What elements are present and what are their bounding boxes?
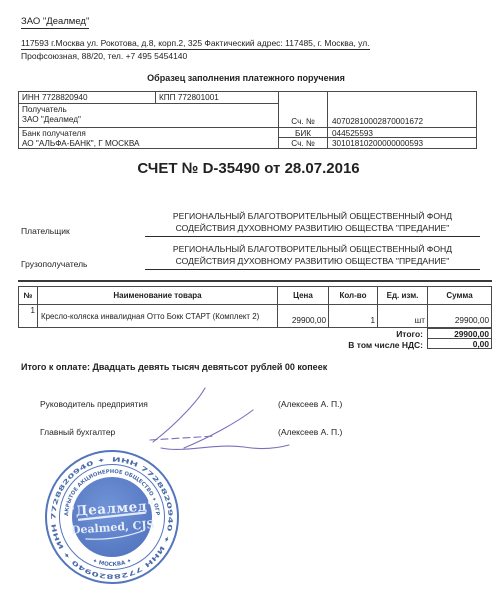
company-stamp-icon: ИНН 7728820940 ✦ ИНН 7728820940 ✦ ИНН 77…	[38, 444, 186, 592]
payment-sample-title: Образец заполнения платежного поручения	[0, 73, 492, 83]
col-header-num: №	[19, 287, 38, 305]
director-label: Руководитель предприятия	[40, 399, 148, 409]
company-address-line2: Профсоюзная, 88/20, тел. +7 495 5454140	[21, 51, 187, 61]
col-header-sum: Сумма	[428, 287, 491, 305]
account1-label-cell: Сч. №	[279, 92, 328, 128]
vat-label: В том числе НДС:	[250, 340, 423, 350]
account2-value-cell: 30101810200000000593	[328, 138, 476, 148]
recipient-name: ЗАО "Деалмед"	[22, 115, 278, 125]
item-row-name: Кресло-коляска инвалидная Отто Бокк СТАР…	[38, 305, 278, 327]
accountant-name: (Алексеев А. П.)	[278, 427, 342, 437]
item-row-num: 1	[19, 305, 38, 327]
recipient-cell: Получатель ЗАО "Деалмед"	[19, 104, 279, 128]
bank-details-table: ИНН 7728820940 КПП 772801001 Получатель …	[18, 91, 477, 149]
items-table: № Наименование товара Цена Кол-во Ед. из…	[18, 286, 492, 328]
bank-name: АО "АЛЬФА-БАНК", Г МОСКВА	[22, 139, 278, 148]
payer-value: РЕГИОНАЛЬНЫЙ БЛАГОТВОРИТЕЛЬНЫЙ ОБЩЕСТВЕН…	[145, 211, 480, 237]
invoice-title: СЧЕТ № D-35490 от 28.07.2016	[0, 160, 497, 177]
col-header-price: Цена	[278, 287, 329, 305]
account1-value-cell: 40702810002870001672	[328, 92, 476, 128]
consignee-line1: РЕГИОНАЛЬНЫЙ БЛАГОТВОРИТЕЛЬНЫЙ ОБЩЕСТВЕН…	[145, 244, 480, 256]
item-row-qty: 1	[329, 305, 378, 327]
consignee-value: РЕГИОНАЛЬНЫЙ БЛАГОТВОРИТЕЛЬНЫЙ ОБЩЕСТВЕН…	[145, 244, 480, 270]
stamp-middle-ring-bottom-text: ✦ МОСКВА ✦	[91, 557, 133, 568]
kpp-cell: КПП 772801001	[156, 92, 279, 104]
bik-label-cell: БИК	[279, 128, 328, 138]
company-name: ЗАО "Деалмед"	[21, 16, 89, 29]
inn-cell: ИНН 7728820940	[19, 92, 156, 104]
accountant-label: Главный бухгалтер	[40, 427, 115, 437]
item-row-sum: 29900,00	[428, 305, 491, 327]
consignee-label: Грузополучатель	[21, 259, 88, 269]
col-header-unit: Ед. изм.	[378, 287, 428, 305]
director-name: (Алексеев А. П.)	[278, 399, 342, 409]
recipient-label: Получатель	[22, 105, 278, 115]
account2-label-cell: Сч. №	[279, 138, 328, 148]
col-header-name: Наименование товара	[38, 287, 278, 305]
recipient-bank-cell: Банк получателя АО "АЛЬФА-БАНК", Г МОСКВ…	[19, 128, 279, 148]
svg-text:✦ МОСКВА ✦: ✦ МОСКВА ✦	[91, 557, 133, 568]
company-address-line1: 117593 г.Москва ул. Рокотова, д.8, корп.…	[21, 38, 370, 50]
vat-value: 0,00	[427, 338, 492, 349]
payer-label: Плательщик	[21, 226, 70, 236]
item-row-price: 29900,00	[278, 305, 329, 327]
payer-line2: СОДЕЙСТВИЯ ДУХОВНОМУ РАЗВИТИЮ ОБЩЕСТВА "…	[145, 223, 480, 235]
bik-value-cell: 044525593	[328, 128, 476, 138]
bank-label: Банк получателя	[22, 129, 278, 139]
payer-line1: РЕГИОНАЛЬНЫЙ БЛАГОТВОРИТЕЛЬНЫЙ ОБЩЕСТВЕН…	[145, 211, 480, 223]
section-divider	[18, 280, 492, 282]
item-row-unit: шт	[378, 305, 428, 327]
consignee-line2: СОДЕЙСТВИЯ ДУХОВНОМУ РАЗВИТИЮ ОБЩЕСТВА "…	[145, 256, 480, 268]
col-header-qty: Кол-во	[329, 287, 378, 305]
total-label: Итого:	[250, 329, 423, 339]
amount-in-words: Итого к оплате: Двадцать девять тысяч де…	[21, 362, 327, 372]
invoice-document: ЗАО "Деалмед" 117593 г.Москва ул. Рокото…	[0, 0, 500, 595]
